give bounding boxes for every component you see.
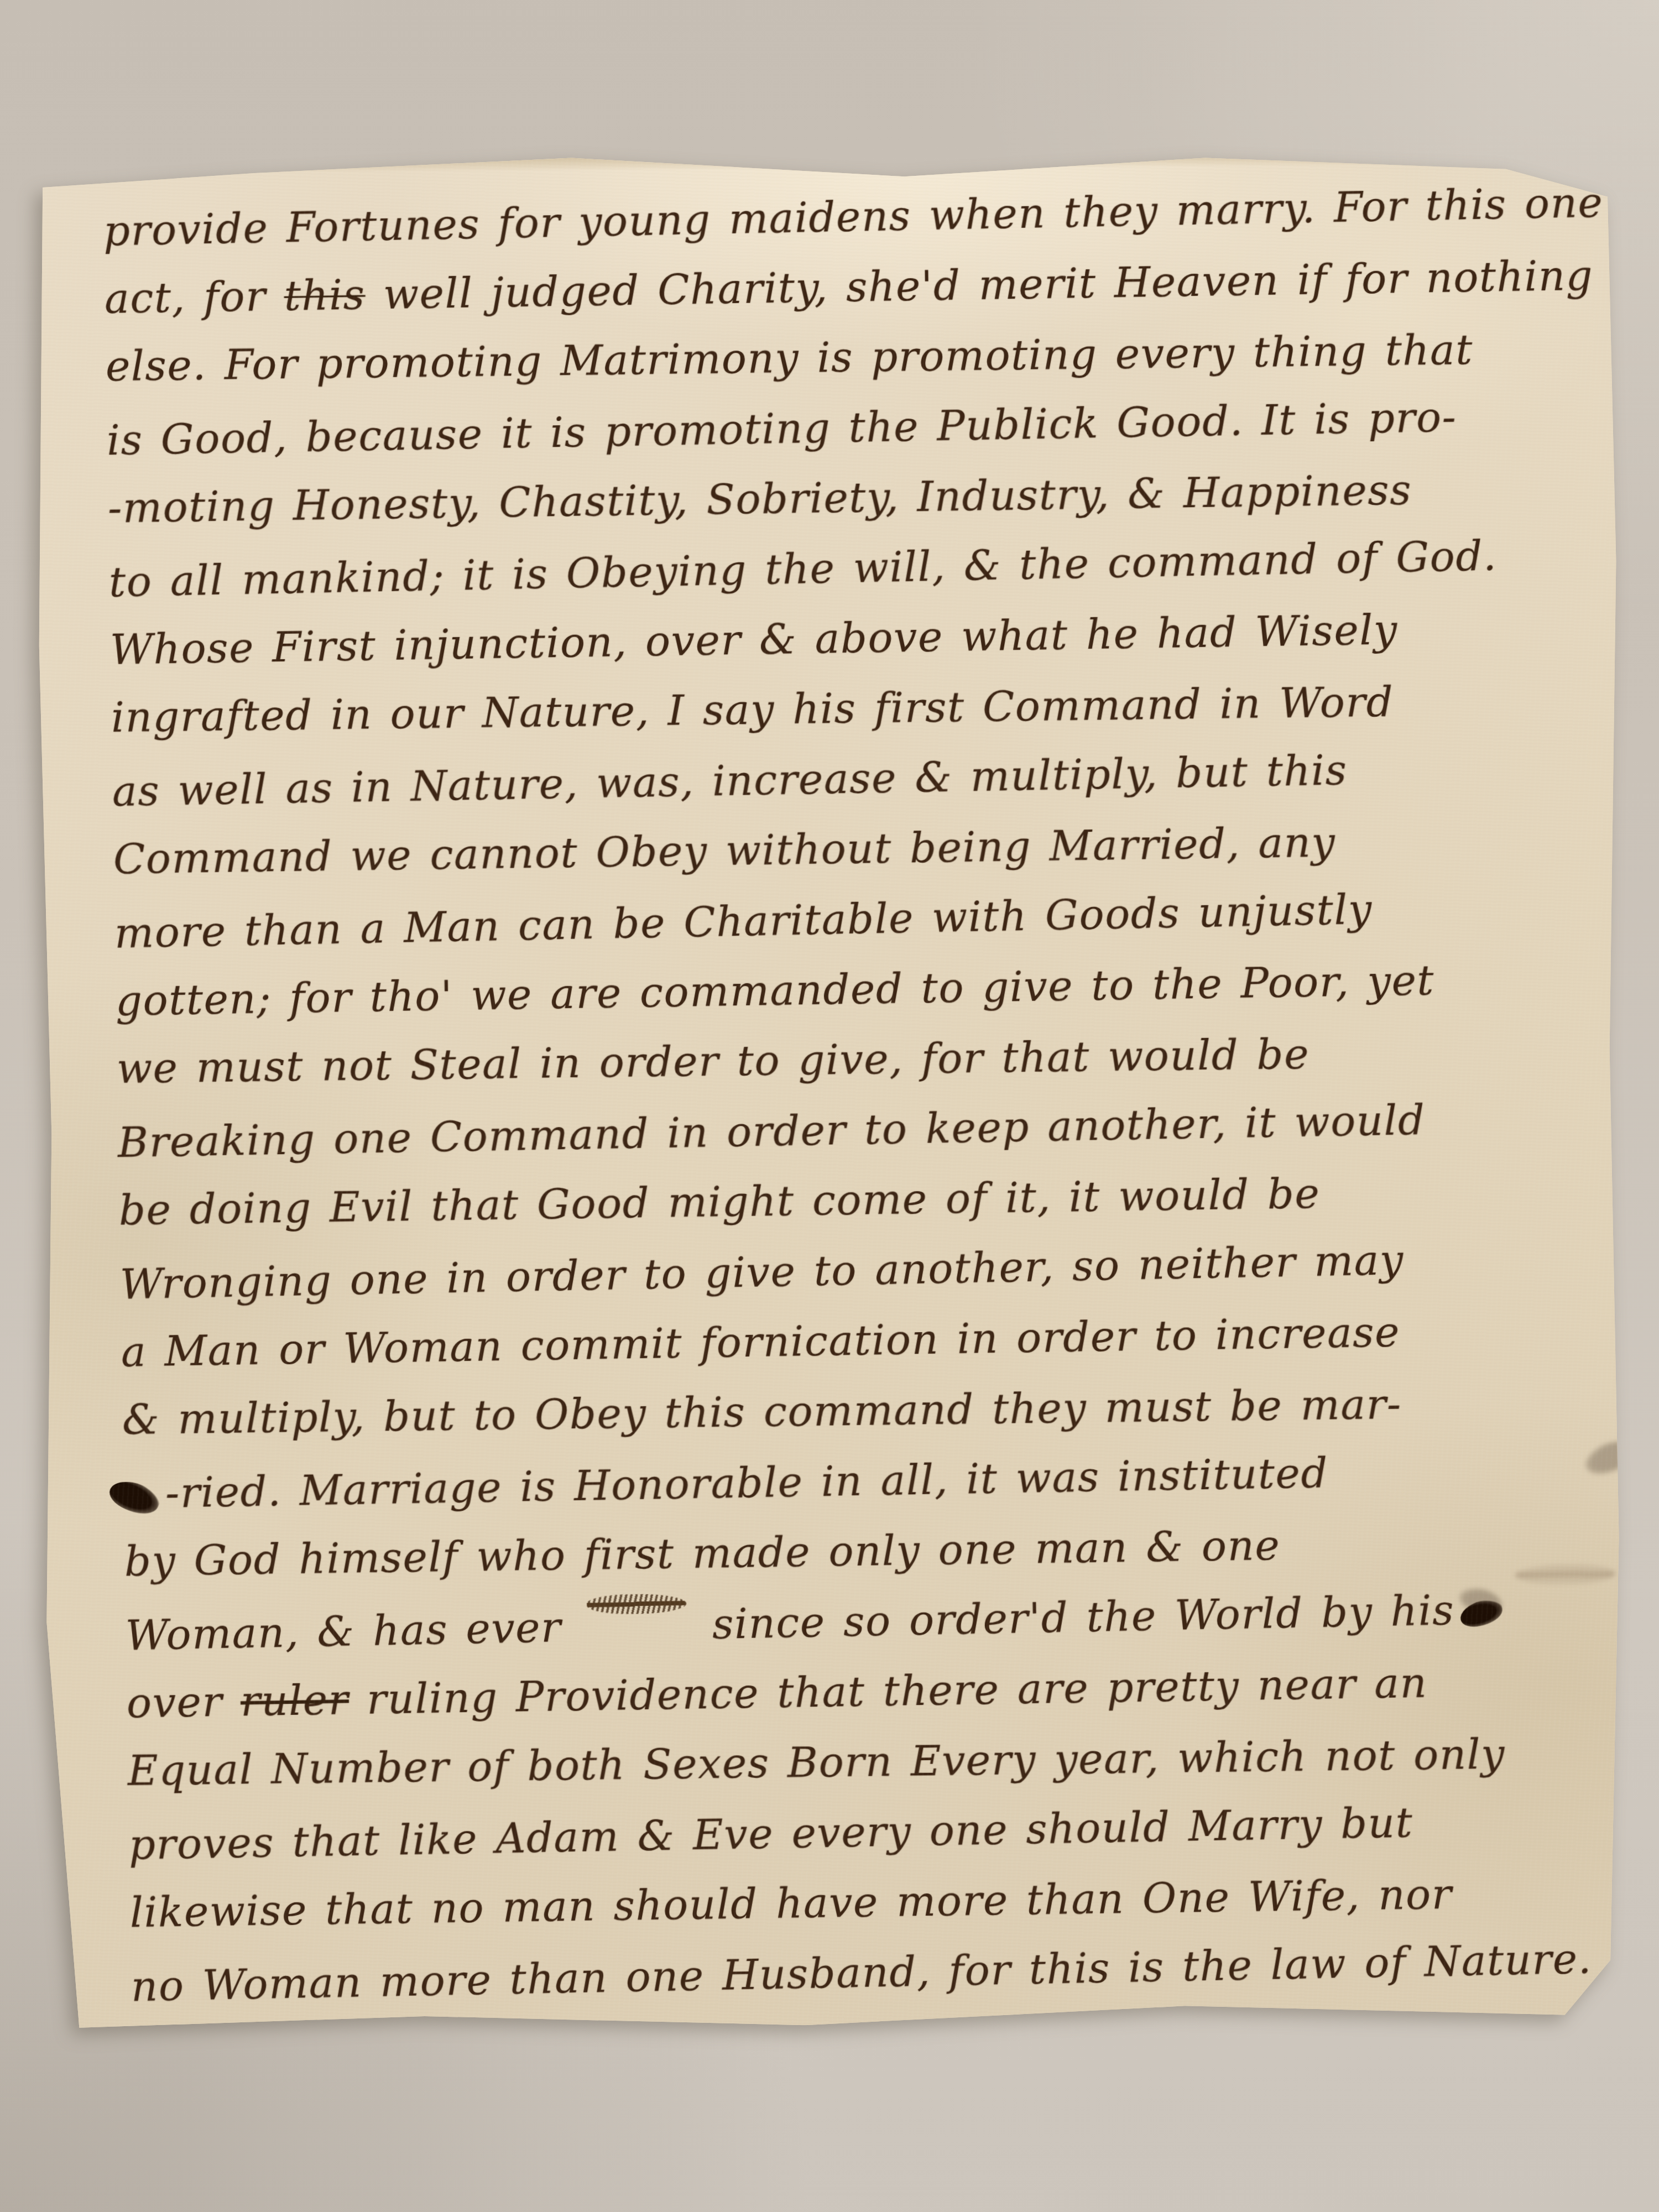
ink-blot <box>106 1474 164 1520</box>
manuscript-text: Equal Number of both Sexes Born Every ye… <box>127 1730 1505 1795</box>
manuscript-text: by God himself who first made only one m… <box>124 1521 1280 1585</box>
ink-blot <box>1458 1597 1505 1630</box>
manuscript-text: Wronging one in order to give to another… <box>119 1235 1404 1309</box>
manuscript-text: act, for <box>104 272 284 323</box>
manuscript-text: else. For promoting Matrimony is promoti… <box>105 325 1473 390</box>
manuscript-text: since so order'd the World by his <box>694 1585 1455 1648</box>
manuscript-text: gotten; for tho' we are commanded to giv… <box>115 956 1434 1025</box>
manuscript-page: provide Fortunes for young maidens when … <box>33 148 1629 2035</box>
photo-of-manuscript: { "page": { "kind": "photograph of a han… <box>0 0 1659 2212</box>
manuscript-text: a Man or Woman commit fornication in ord… <box>121 1307 1400 1376</box>
manuscript-text: proves that like Adam & Eve every one sh… <box>128 1798 1413 1869</box>
manuscript-text: no Woman more than one Husband, for this… <box>131 1934 1593 2011</box>
manuscript-text: Whose First injunction, over & above wha… <box>109 605 1398 674</box>
crossed-out-word: this <box>284 270 366 320</box>
manuscript-text: -ried. Marriage is Honorable in all, it … <box>165 1448 1328 1517</box>
manuscript-text: we must not Steal in order to give, for … <box>116 1030 1310 1093</box>
manuscript-text: ruling Providence that there are pretty … <box>348 1658 1428 1724</box>
crossed-out-word: ruler <box>240 1675 349 1725</box>
manuscript-text: be doing Evil that Good might come of it… <box>118 1169 1321 1234</box>
manuscript-text: ingrafted in our Nature, I say his first… <box>111 677 1394 742</box>
manuscript-text: Command we cannot Obey without being Mar… <box>113 818 1335 884</box>
manuscript-text: as well as in Nature, was, increase & mu… <box>112 745 1348 816</box>
manuscript-text: & multiply, but to Obey this command the… <box>122 1380 1402 1444</box>
manuscript-text: well judged Charity, she'd merit Heaven … <box>365 251 1594 319</box>
manuscript-text-block: provide Fortunes for young maidens when … <box>103 170 1627 2035</box>
manuscript-text: to all mankind; it is Obeying the will, … <box>108 531 1498 606</box>
manuscript-text: likewise that no man should have more th… <box>129 1870 1452 1937</box>
manuscript-text: over <box>126 1677 241 1727</box>
crossed-out-scribble <box>587 1593 687 1614</box>
manuscript-text: more than a Man can be Charitable with G… <box>114 885 1373 958</box>
manuscript-text: Woman, & has ever <box>125 1603 580 1660</box>
manuscript-text: is Good, because it is promoting the Pub… <box>106 393 1457 465</box>
manuscript-text: Breaking one Command in order to keep an… <box>117 1095 1426 1167</box>
manuscript-page-wrapper: provide Fortunes for young maidens when … <box>39 153 1623 2031</box>
manuscript-text: -moting Honesty, Chastity, Sobriety, Ind… <box>107 466 1412 533</box>
